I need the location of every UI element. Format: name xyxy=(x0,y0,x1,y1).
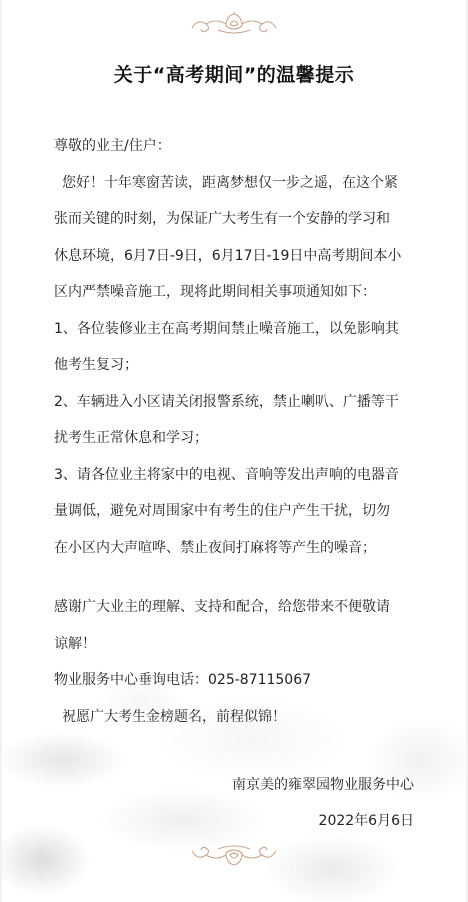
closing-section: 感谢广大业主的理解、支持和配合，给您带来不便敬请 谅解！ 物业服务中心垂询电话：… xyxy=(54,589,426,735)
item-1-line: 他考生复习； xyxy=(54,347,426,384)
notice-page: 关于“高考期间”的温馨提示 尊敬的业主/住户： 您好！十年寒窗苦读，距离梦想仅一… xyxy=(0,0,468,902)
item-3-line: 在小区内大声喧哗、禁止夜间打麻将等产生的噪音； xyxy=(54,530,426,567)
salutation: 尊敬的业主/住户： xyxy=(54,128,426,165)
item-3-line: 3、请各位业主将家中的电视、音响等发出声响的电器音 xyxy=(54,457,426,494)
item-2-line: 扰考生正常休息和学习； xyxy=(54,420,426,457)
intro-line: 张而关键的时刻，为保证广大考生有一个安静的学习和 xyxy=(54,201,426,238)
scroll-ornament-icon xyxy=(188,843,280,869)
intro-line: 休息环境，6月7日-9日，6月17日-19日中高考期间本小 xyxy=(54,238,426,275)
wish: 祝愿广大考生金榜题名，前程似锦！ xyxy=(54,699,426,736)
intro-line: 您好！十年寒窗苦读，距离梦想仅一步之遥，在这个紧 xyxy=(54,165,426,202)
thanks-line: 感谢广大业主的理解、支持和配合，给您带来不便敬请 xyxy=(54,589,426,626)
item-1-line: 1、各位装修业主在高考期间禁止噪音施工，以免影响其 xyxy=(54,311,426,348)
item-2-line: 2、车辆进入小区请关闭报警系统，禁止喇叭、广播等干 xyxy=(54,384,426,421)
signature: 南京美的雍翠园物业服务中心 xyxy=(232,774,414,794)
thanks-line: 谅解！ xyxy=(54,626,426,663)
hotline: 物业服务中心垂询电话：025-87115067 xyxy=(54,662,426,699)
scroll-ornament-icon xyxy=(188,10,280,36)
notice-body: 尊敬的业主/住户： 您好！十年寒窗苦读，距离梦想仅一步之遥，在这个紧 张而关键的… xyxy=(54,128,426,566)
date: 2022年6月6日 xyxy=(319,810,414,830)
intro-line: 区内严禁噪音施工，现将此期间相关事项通知如下： xyxy=(54,274,426,311)
item-3-line: 量调低，避免对周围家中有考生的住户产生干扰，切勿 xyxy=(54,493,426,530)
page-title: 关于“高考期间”的温馨提示 xyxy=(2,60,466,87)
